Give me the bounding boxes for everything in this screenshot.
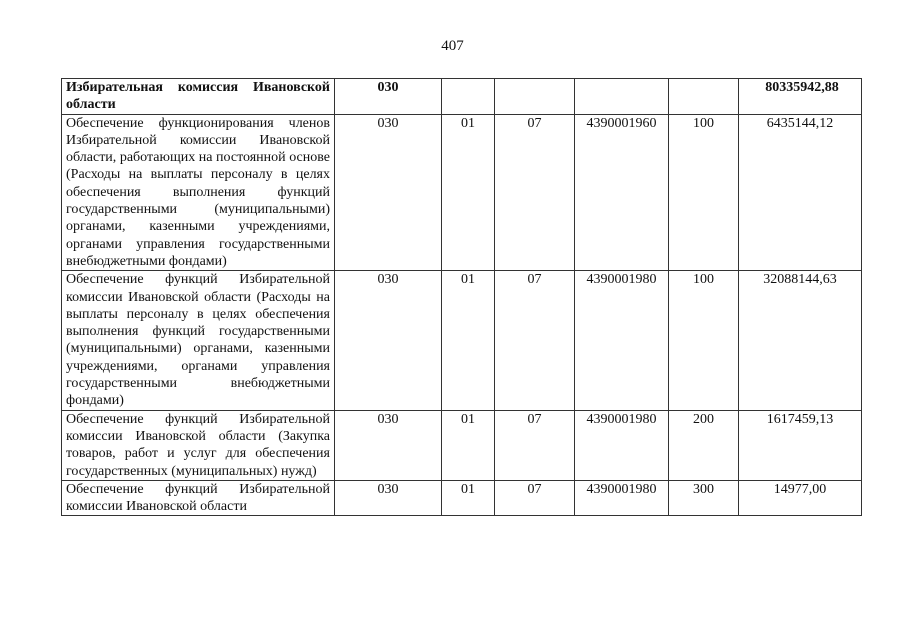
table-row: Обеспечение функций Избирательной комисс…	[62, 480, 862, 516]
row-target-article: 4390001980	[575, 271, 669, 410]
row-expense-type: 100	[669, 271, 739, 410]
row-section: 01	[442, 271, 495, 410]
row-target-article: 4390001960	[575, 114, 669, 271]
row-section: 01	[442, 410, 495, 480]
table-row: Обеспечение функций Избирательной комисс…	[62, 410, 862, 480]
row-expense-type	[669, 79, 739, 115]
row-section: 01	[442, 480, 495, 516]
table-row: Обеспечение функционирования членов Изби…	[62, 114, 862, 271]
budget-table: Избирательная комиссия Ивановской област…	[61, 78, 862, 516]
row-amount: 80335942,88	[739, 79, 862, 115]
row-amount: 32088144,63	[739, 271, 862, 410]
row-target-article: 4390001980	[575, 410, 669, 480]
row-grbs: 030	[335, 79, 442, 115]
row-target-article	[575, 79, 669, 115]
row-name: Обеспечение функционирования членов Изби…	[62, 114, 335, 271]
page-number: 407	[0, 37, 905, 55]
table-row: Обеспечение функций Избирательной комисс…	[62, 271, 862, 410]
row-name: Обеспечение функций Избирательной комисс…	[62, 410, 335, 480]
row-subsection: 07	[495, 480, 575, 516]
row-subsection: 07	[495, 271, 575, 410]
row-subsection	[495, 79, 575, 115]
row-amount: 14977,00	[739, 480, 862, 516]
row-subsection: 07	[495, 114, 575, 271]
row-grbs: 030	[335, 480, 442, 516]
row-section: 01	[442, 114, 495, 271]
row-grbs: 030	[335, 114, 442, 271]
row-expense-type: 100	[669, 114, 739, 271]
row-expense-type: 300	[669, 480, 739, 516]
row-amount: 6435144,12	[739, 114, 862, 271]
row-amount: 1617459,13	[739, 410, 862, 480]
row-target-article: 4390001980	[575, 480, 669, 516]
row-name: Обеспечение функций Избирательной комисс…	[62, 480, 335, 516]
row-section	[442, 79, 495, 115]
row-grbs: 030	[335, 410, 442, 480]
row-name: Избирательная комиссия Ивановской област…	[62, 79, 335, 115]
row-name: Обеспечение функций Избирательной комисс…	[62, 271, 335, 410]
table-row-total: Избирательная комиссия Ивановской област…	[62, 79, 862, 115]
row-grbs: 030	[335, 271, 442, 410]
row-subsection: 07	[495, 410, 575, 480]
row-expense-type: 200	[669, 410, 739, 480]
